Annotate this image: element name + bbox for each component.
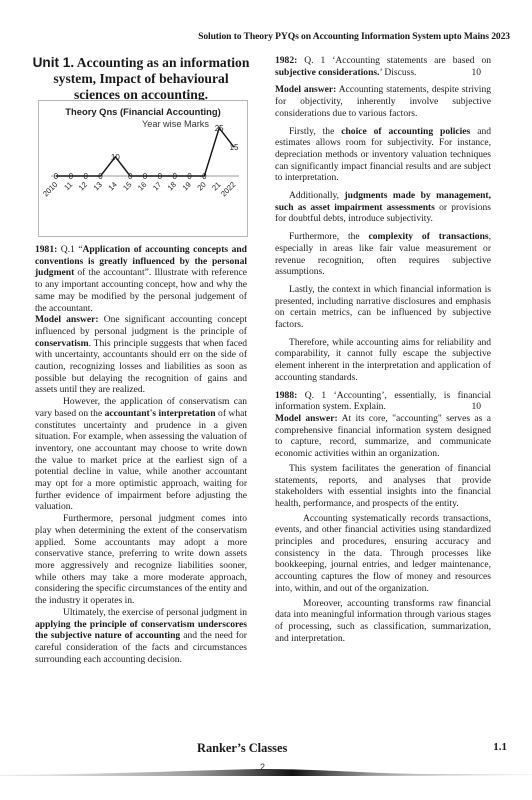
question-emphasis: subjective considerations. bbox=[275, 67, 379, 78]
answer-emphasis: choice of accounting policies bbox=[341, 126, 470, 137]
right-column: 1982: Q. 1 ‘Accounting statements are ba… bbox=[275, 55, 491, 644]
svg-text:0: 0 bbox=[202, 172, 207, 181]
question-year: 1988: bbox=[275, 390, 297, 401]
question-text: Q. 1 ‘Accounting’, essentially, is finan… bbox=[275, 390, 491, 413]
unit-number: Unit 1. bbox=[33, 55, 75, 70]
svg-text:10: 10 bbox=[111, 153, 120, 162]
question-1982: 1982: Q. 1 ‘Accounting statements are ba… bbox=[275, 55, 491, 78]
left-column-body: 1981: Q.1 “Application of accounting con… bbox=[35, 244, 247, 665]
footer-brand: Ranker’s Classes bbox=[197, 741, 287, 756]
answer-paragraph: Lastly, the context in which financial i… bbox=[275, 284, 491, 331]
chart-title: Theory Qns (Financial Accounting) bbox=[39, 106, 247, 117]
answer-paragraph: Ultimately, the exercise of personal jud… bbox=[35, 607, 247, 666]
answer-paragraph: Model answer: Accounting statements, des… bbox=[275, 84, 491, 119]
svg-text:20: 20 bbox=[195, 180, 207, 192]
svg-text:0: 0 bbox=[143, 172, 148, 181]
svg-text:16: 16 bbox=[136, 180, 148, 192]
svg-text:0: 0 bbox=[187, 172, 192, 181]
svg-text:0: 0 bbox=[158, 172, 163, 181]
answer-text: of what constitutes uncertainty and prud… bbox=[35, 408, 247, 513]
answer-text: Firstly, the bbox=[289, 126, 341, 137]
svg-text:0: 0 bbox=[172, 172, 177, 181]
svg-text:11: 11 bbox=[62, 180, 74, 192]
svg-text:17: 17 bbox=[151, 180, 163, 192]
answer-text: Furthermore, the bbox=[289, 231, 369, 242]
answer-emphasis: complexity of transactions bbox=[369, 231, 489, 242]
answer-paragraph: Accounting systematically records transa… bbox=[275, 513, 491, 595]
svg-text:0: 0 bbox=[83, 172, 88, 181]
answer-label: Model answer: bbox=[275, 413, 338, 424]
answer-paragraph: This system facilitates the generation o… bbox=[275, 463, 491, 510]
svg-text:14: 14 bbox=[106, 180, 118, 192]
answer-text: Ultimately, the exercise of personal jud… bbox=[63, 607, 247, 618]
question-year: 1981: bbox=[35, 244, 57, 255]
question-text: ’ Discuss. bbox=[379, 67, 416, 78]
question-marks: 10 bbox=[471, 67, 481, 79]
svg-text:0: 0 bbox=[69, 172, 74, 181]
answer-paragraph: Furthermore, personal judgment comes int… bbox=[35, 513, 247, 607]
answer-text: Additionally, bbox=[289, 190, 344, 201]
svg-text:18: 18 bbox=[166, 180, 178, 192]
question-1981: 1981: Q.1 “Application of accounting con… bbox=[35, 244, 247, 314]
answer-paragraph: Model answer: At its core, "accounting" … bbox=[275, 413, 491, 460]
svg-text:13: 13 bbox=[92, 180, 104, 192]
answer-label: Model answer: bbox=[35, 314, 99, 325]
unit-title: Accounting as an information system, Imp… bbox=[53, 55, 249, 102]
svg-text:19: 19 bbox=[181, 180, 193, 192]
chart-subtitle: Year wise Marks bbox=[142, 119, 209, 129]
svg-text:0: 0 bbox=[128, 172, 133, 181]
svg-text:25: 25 bbox=[215, 124, 224, 133]
answer-paragraph: Moreover, accounting transforms raw fina… bbox=[275, 598, 491, 645]
svg-text:12: 12 bbox=[77, 180, 89, 192]
question-text: Q. 1 ‘Accounting statements are based on bbox=[297, 55, 491, 66]
answer-paragraph: Furthermore, the complexity of transacti… bbox=[275, 231, 491, 278]
question-text: Q.1 “ bbox=[57, 244, 82, 255]
svg-text:15: 15 bbox=[121, 180, 133, 192]
answer-paragraph: Firstly, the choice of accounting polici… bbox=[275, 126, 491, 185]
question-1988: 1988: Q. 1 ‘Accounting’, essentially, is… bbox=[275, 390, 491, 413]
svg-text:2022: 2022 bbox=[219, 180, 237, 198]
svg-text:0: 0 bbox=[54, 172, 59, 181]
footer-section-code: 1.1 bbox=[493, 741, 507, 753]
answer-emphasis: conservatism bbox=[35, 338, 89, 349]
page-edge-shadow bbox=[0, 766, 532, 780]
running-header: Solution to Theory PYQs on Accounting In… bbox=[198, 31, 510, 42]
question-marks: 10 bbox=[471, 401, 481, 413]
answer-label: Model answer: bbox=[275, 84, 336, 95]
answer-paragraph: Additionally, judgments made by manageme… bbox=[275, 190, 491, 225]
svg-text:2010: 2010 bbox=[41, 180, 59, 198]
svg-text:0: 0 bbox=[98, 172, 103, 181]
answer-paragraph: However, the application of conservatism… bbox=[35, 396, 247, 513]
unit-heading: Unit 1. Accounting as an information sys… bbox=[29, 55, 253, 102]
svg-text:15: 15 bbox=[230, 143, 239, 152]
answer-emphasis: accountant's interpretation bbox=[105, 408, 216, 419]
line-chart: 0201001101201310140150160170180190202521… bbox=[38, 100, 248, 237]
question-year: 1982: bbox=[275, 55, 297, 66]
answer-paragraph: Therefore, while accounting aims for rel… bbox=[275, 337, 491, 384]
answer-paragraph: Model answer: One significant accounting… bbox=[35, 314, 247, 396]
